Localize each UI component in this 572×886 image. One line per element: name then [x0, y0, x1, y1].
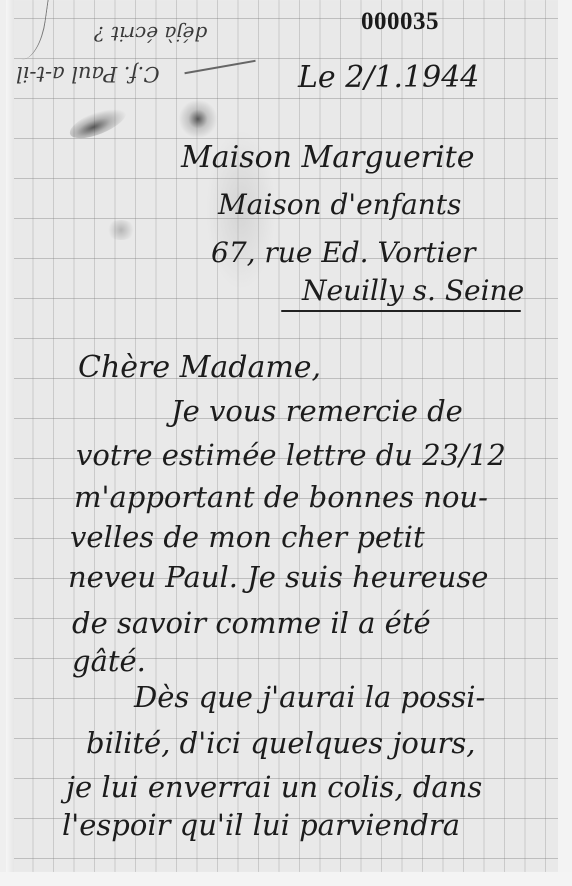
body-line: de savoir comme il a été	[72, 606, 431, 640]
address-line: Neuilly s. Seine	[302, 274, 524, 307]
water-stain	[106, 220, 136, 240]
scan-margin-right	[558, 0, 572, 886]
pencil-underline	[184, 60, 255, 74]
pencil-annotation-line-1: C.f. Paul a-t-il	[16, 62, 160, 86]
address-line: Maison d'enfants	[218, 188, 461, 221]
address-underline	[281, 310, 521, 312]
body-line: velles de mon cher petit	[70, 520, 425, 554]
archive-number-stamp: 000035	[361, 8, 439, 36]
body-line: bilité, d'ici quelques jours,	[86, 726, 475, 760]
ink-stain	[66, 102, 130, 145]
body-line: Dès que j'aurai la possi-	[134, 680, 485, 714]
salutation: Chère Madame,	[78, 350, 321, 385]
scanned-page: 000035 C.f. Paul a-t-il déjà écrit ? Le …	[0, 0, 572, 886]
pencil-curve-mark	[9, 0, 49, 62]
body-line: neveu Paul. Je suis heureuse	[68, 560, 488, 594]
grid-paper-sheet: 000035 C.f. Paul a-t-il déjà écrit ? Le …	[6, 0, 558, 872]
body-line: Je vous remercie de	[171, 394, 463, 428]
body-line: l'espoir qu'il lui parviendra	[62, 808, 460, 842]
scan-margin-bottom	[0, 872, 572, 886]
address-line: Maison Marguerite	[181, 140, 474, 175]
body-line: m'apportant de bonnes nou-	[74, 480, 488, 514]
body-line: je lui enverrai un colis, dans	[66, 770, 482, 804]
letter-date: Le 2/1.1944	[298, 60, 479, 95]
pencil-annotation-line-2: déjà écrit ?	[94, 22, 207, 46]
ink-stain	[178, 100, 218, 138]
address-line: 67, rue Ed. Vortier	[211, 236, 476, 269]
paper-left-edge	[6, 0, 14, 872]
body-line: votre estimée lettre du 23/12	[76, 438, 506, 472]
body-line: gâté.	[72, 644, 146, 678]
